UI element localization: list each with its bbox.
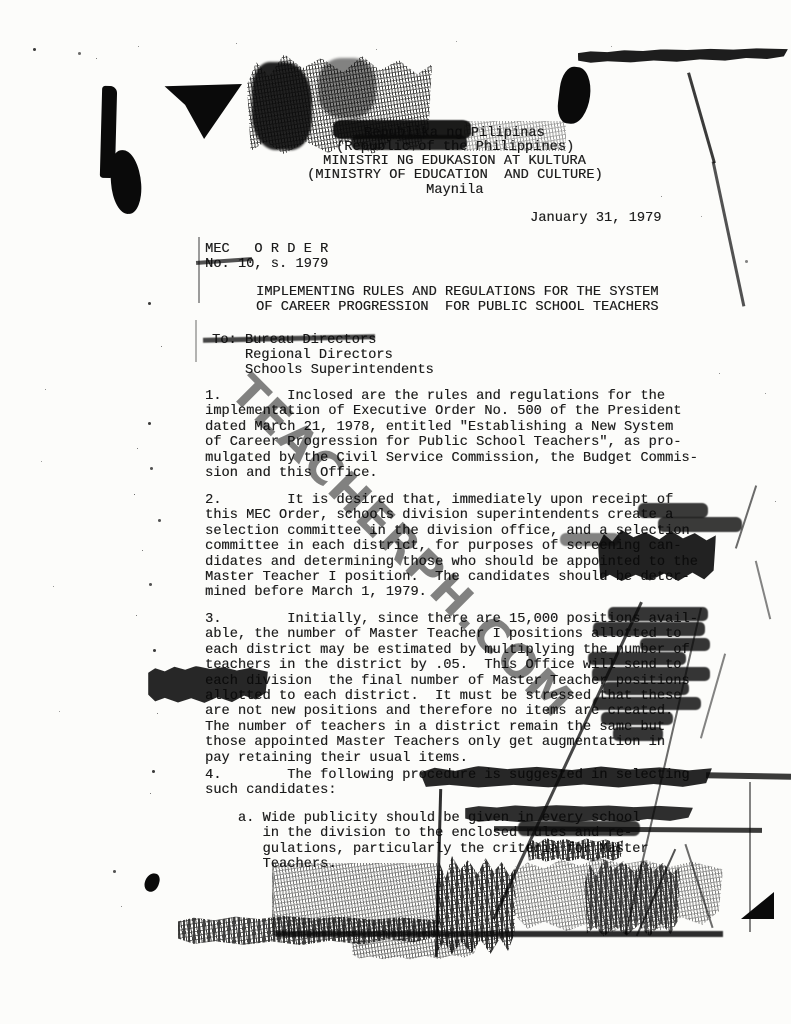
ink-streak-p2-2	[658, 517, 742, 532]
order-label: MEC O R D E R	[205, 242, 328, 257]
ink-blob-letterhead-2	[351, 135, 467, 150]
scratch-line-right-1	[755, 561, 771, 620]
ink-streak-p2-1	[638, 503, 708, 518]
text-line: pay retaining their usual items.	[205, 751, 698, 766]
ink-blob-item-a-2	[518, 821, 640, 836]
text-line: Regional Directors	[212, 349, 434, 364]
ink-streak-p3-9	[613, 727, 663, 741]
subject-block: IMPLEMENTING RULES AND REGULATIONS FOR T…	[256, 285, 658, 316]
ink-streak-p3-7	[593, 697, 701, 710]
scan-noise-letterhead	[464, 121, 566, 151]
ink-bar-left-foot	[109, 149, 143, 215]
ink-streak-p3-1	[608, 607, 708, 621]
text-line: sion and this Office.	[205, 466, 698, 481]
scratch-line-top-2	[712, 161, 745, 306]
ink-streak-p3-2	[593, 622, 705, 636]
scan-noise-under-band	[352, 938, 477, 960]
letterhead-city: Maynila	[426, 183, 484, 198]
text-line: IMPLEMENTING RULES AND REGULATIONS FOR T…	[256, 285, 658, 300]
text-line: 2. It is desired that, immediately upon …	[205, 493, 698, 508]
date-line: January 31, 1979	[530, 211, 661, 226]
text-line: OF CAREER PROGRESSION FOR PUBLIC SCHOOL …	[256, 300, 658, 315]
ink-streak-p3-8	[601, 712, 673, 725]
fold-line-2	[195, 320, 197, 362]
ink-line-p4-tail	[706, 772, 791, 779]
ink-streak-p3-3	[640, 638, 710, 651]
scanned-document-page: Republika ng Pilipinas (Republic of the …	[0, 0, 791, 1024]
letterhead-ministry-en: (MINISTRY OF EDUCATION AND CULTURE)	[307, 168, 603, 183]
ink-streak-top-right	[578, 47, 788, 64]
ink-blob-top-1	[252, 62, 312, 150]
scratch-line-right-3	[749, 782, 751, 932]
fold-line-1	[198, 237, 200, 303]
ink-triangle-blot	[163, 84, 242, 139]
ink-smear-p2-left	[560, 533, 620, 546]
ink-streak-p3-4	[588, 652, 686, 665]
ink-line-band-core	[275, 931, 723, 937]
ink-speck-field	[0, 0, 3, 3]
ink-blob-top-right	[556, 65, 594, 125]
ink-blob-top-2	[318, 58, 376, 118]
corner-triangle-mark	[741, 892, 774, 919]
scratch-line-top-1	[687, 72, 715, 163]
ink-blob-band-left-dot	[143, 872, 161, 894]
ink-streak-p3-6	[603, 682, 689, 695]
text-line: this MEC Order, schools division superin…	[205, 508, 698, 523]
